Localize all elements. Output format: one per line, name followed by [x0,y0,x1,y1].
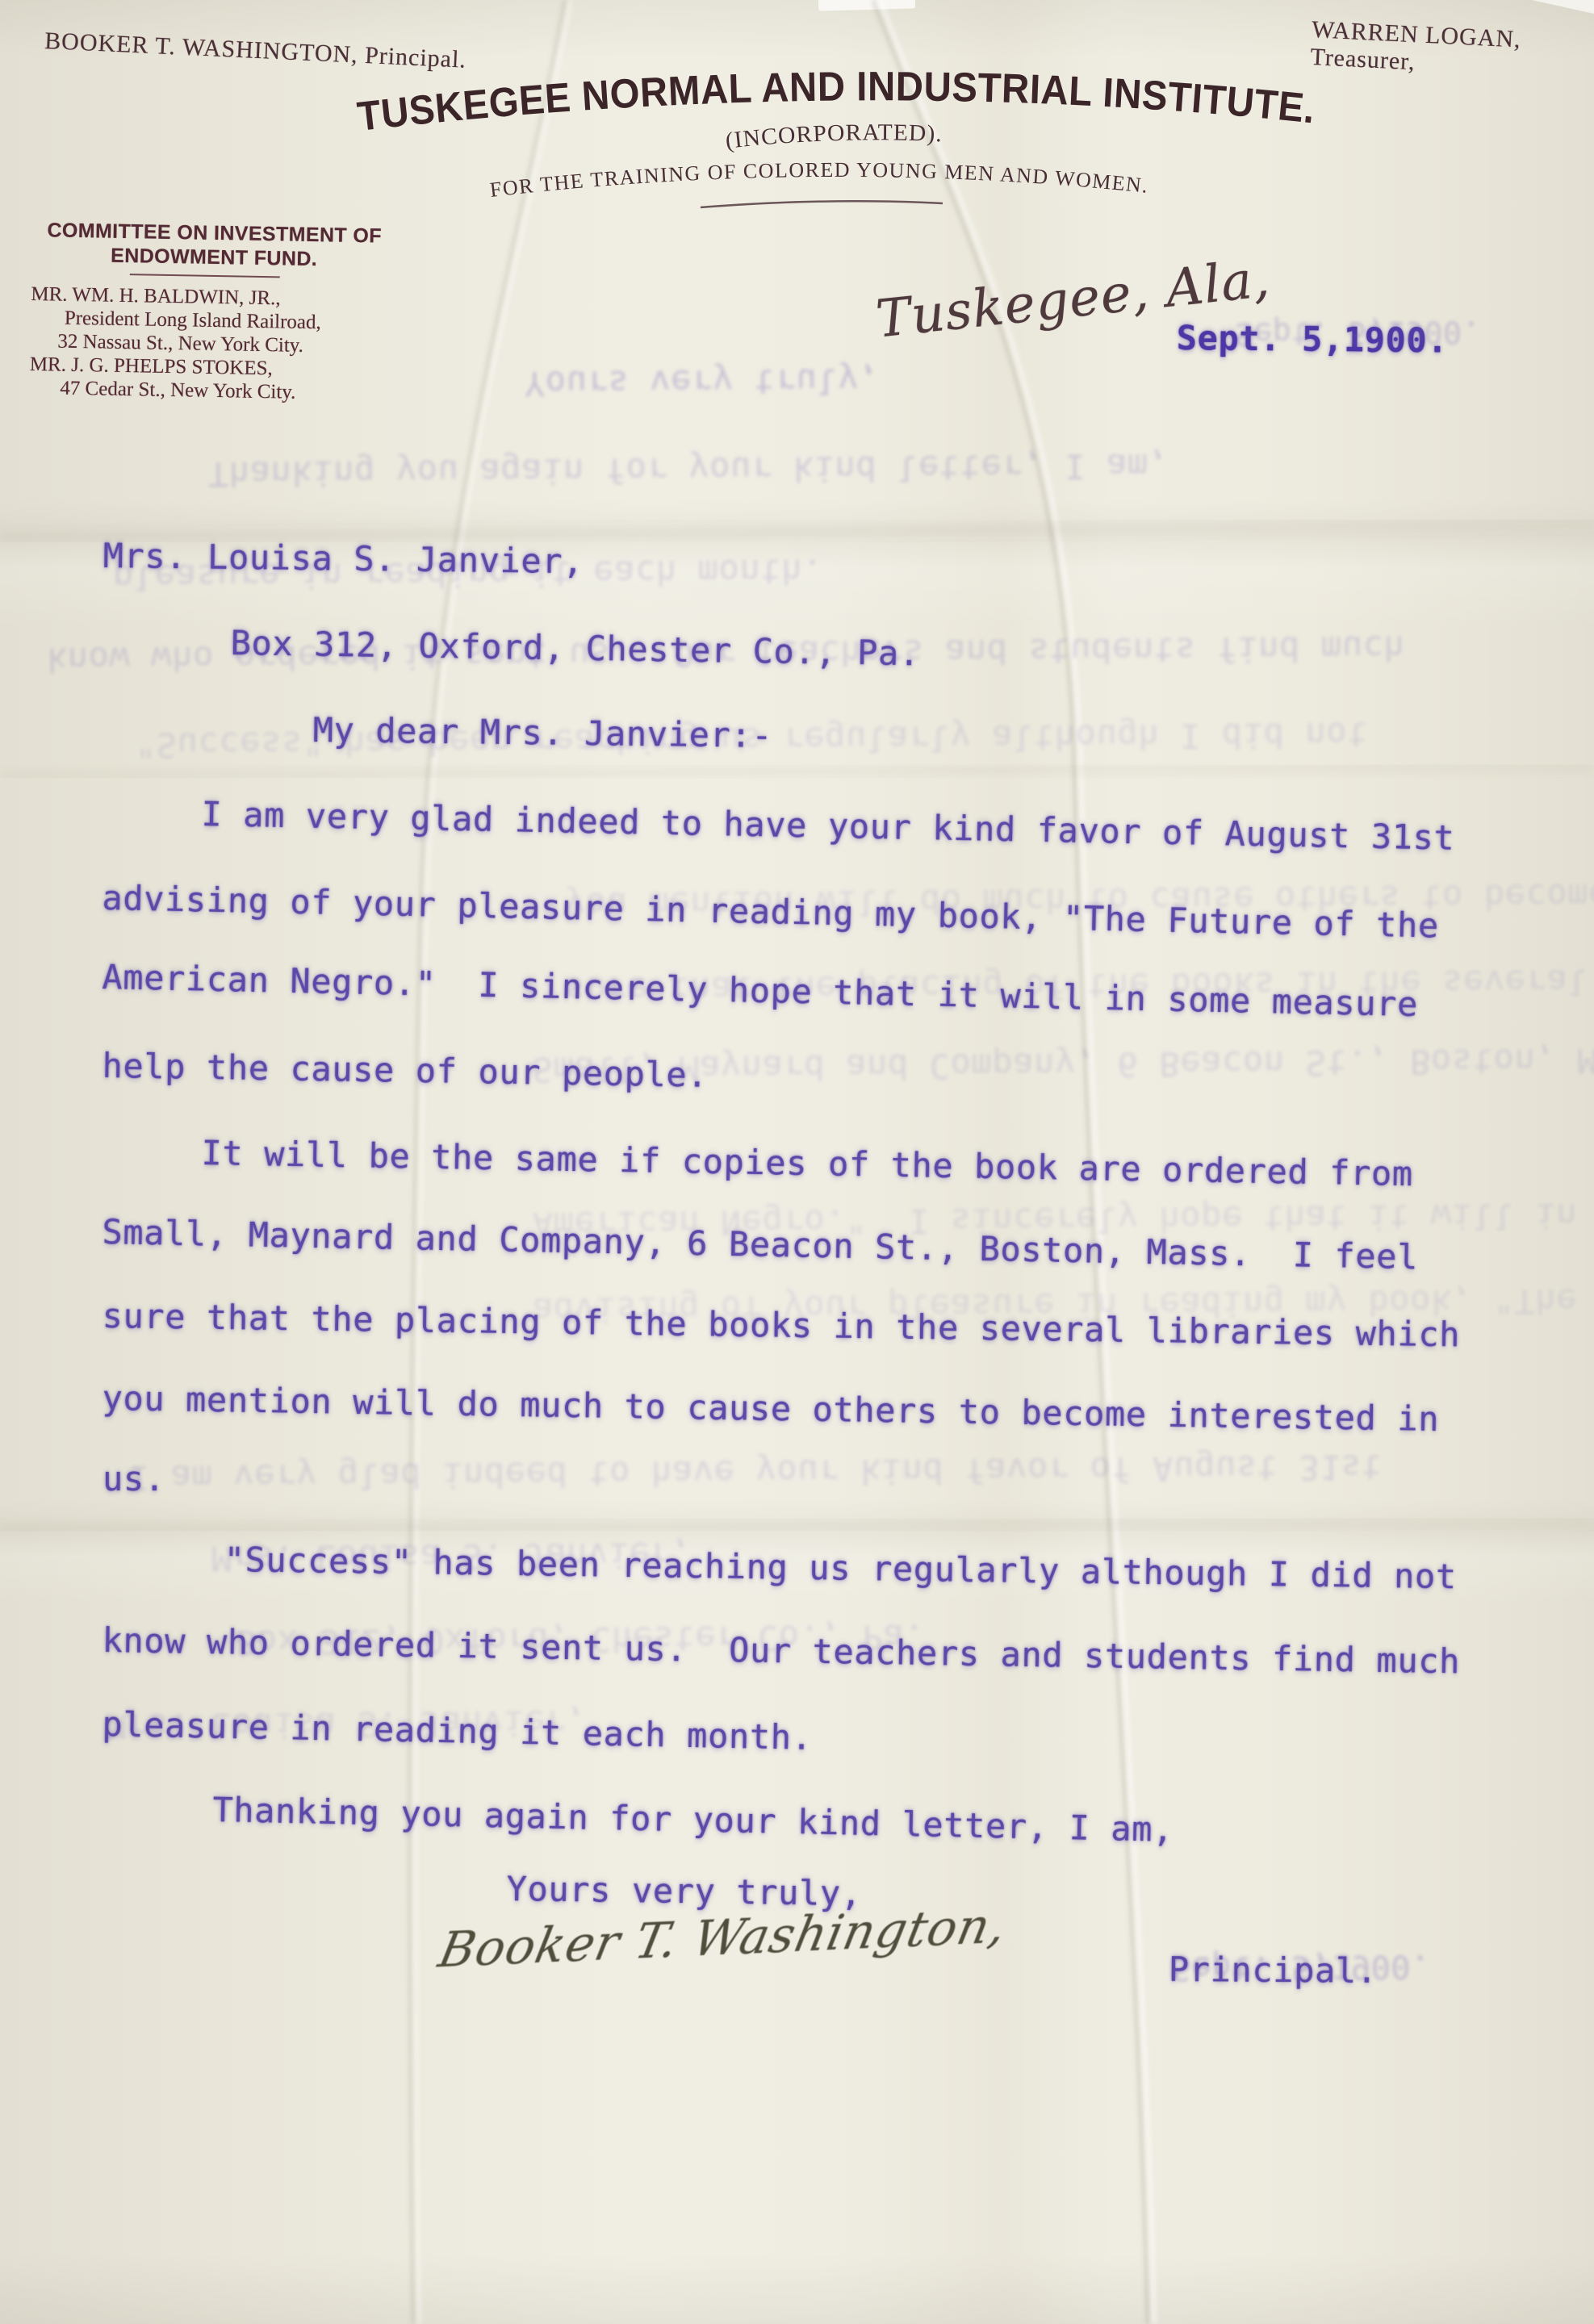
body-line-p3-l3: pleasure in reading it each month. [102,1704,813,1758]
horizontal-crease-2 [0,767,1594,776]
body-line-p2-l5: us. [103,1459,165,1498]
committee-block: COMMITTEE ON INVESTMENT OF ENDOWMENT FUN… [29,218,397,406]
committee-rule [130,274,280,278]
signature-handwritten: Booker T. Washington, [434,1897,1012,1979]
ghost-line: Thanking you again for your kind letter,… [208,446,1169,494]
letter-photograph: BOOKER T. WASHINGTON, Principal. WARREN … [0,0,1594,2324]
ghost-line: I am very glad indeed to have your kind … [129,1447,1383,1498]
signer-title-line: Principal. [1169,1950,1378,1991]
paper-corner-sliver [1532,0,1594,14]
tagline-underline [701,201,943,207]
incorporated-subtitle: (INCORPORATED). [724,119,943,154]
horizontal-crease-3 [0,1520,1594,1529]
salutation-line: My dear Mrs. Janvier:- [312,710,772,755]
treasurer-name-line: WARREN LOGAN, Treasurer, [1310,16,1594,85]
ghost-line: Sept. 5,1900. [1235,314,1482,352]
body-line-p2-l1: It will be the same if copies of the boo… [201,1133,1413,1193]
thanking-line: Thanking you again for your kind letter,… [212,1790,1174,1850]
body-line-p1-l4: help the cause of our people. [102,1046,708,1095]
ghost-line: Yours very truly, [525,361,880,403]
institute-name-title: TUSKEGEE NORMAL AND INDUSTRIAL INSTITUTE… [355,63,1317,140]
body-line-p2-l4: you mention will do much to cause others… [102,1378,1439,1439]
principal-name-line: BOOKER T. WASHINGTON, Principal. [44,27,466,74]
body-line-p3-l1: "Success" has been reaching us regularly… [224,1540,1457,1596]
body-line-p1-l1: I am very glad indeed to have your kind … [201,794,1455,858]
tagline-text: FOR THE TRAINING OF COLORED YOUNG MEN AN… [488,158,1149,202]
horizontal-crease-1 [0,523,1594,539]
paper-edge-sliver [818,0,915,11]
recipient-line-1: Mrs. Louisa S. Janvier, [103,536,584,581]
